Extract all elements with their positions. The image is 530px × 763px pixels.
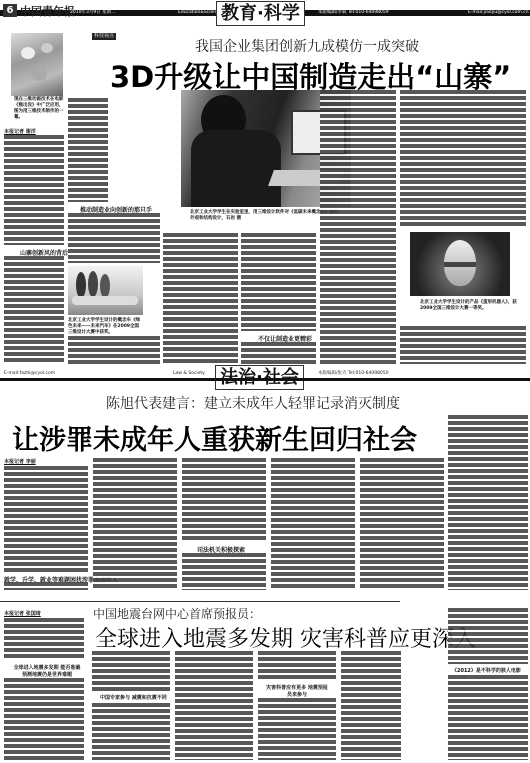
article3-section-head-3: 灾害科普应有更多 地震预报员来参与 (264, 684, 330, 698)
article2-subhead: 陈旭代表建言：建立未成年人轻罪记录消灭制度 (106, 393, 400, 413)
article1-column-2b (68, 213, 160, 263)
article2-column-1a (4, 466, 88, 574)
article1-column-5 (320, 90, 396, 364)
article1-column-2a (68, 98, 108, 202)
article1-subhead: 我国企业集团创新九成模仿一成突破 (195, 36, 419, 56)
law-section-en-label: Law & Society (173, 372, 205, 376)
article2-column-3a (182, 458, 266, 542)
article2-byline: 本报记者 李丽 (4, 458, 36, 465)
article1-column-6a (400, 90, 526, 226)
law-section-email: E-mail:fazhi@cyol.com (4, 372, 55, 376)
photo-concept-car (68, 266, 143, 315)
law-section-rule (0, 378, 530, 381)
article3-column-5 (341, 651, 401, 760)
section-title-education: 教育·科学 (216, 1, 305, 26)
photo-egg-robot (410, 232, 510, 296)
article1-column-2c (68, 336, 160, 364)
article2-headline: 让涉罪未成年人重获新生回归社会 (12, 418, 417, 457)
law-editor-info: 本版编辑/张卉 Tel:010-64098050 (318, 372, 389, 376)
article-divider (0, 601, 400, 602)
page-number: 6 (3, 4, 17, 17)
contact-email: E-mail:jiaoyu@cyol.com.cn (468, 11, 529, 15)
article3-section-head-4: 《2012》是不科学的骇人电影 (452, 667, 521, 674)
section-en-label: Education&Science (178, 11, 221, 15)
article3-column-4b (258, 698, 336, 760)
masthead-logo: 中国青年报 (20, 3, 75, 19)
article3-column-3 (175, 651, 253, 760)
editor-info: 本版编辑/李斌 Tel:010-64098059 (318, 11, 389, 15)
article1-column-1a (4, 135, 64, 245)
article1-column-4b (241, 342, 316, 364)
article3-column-1b (4, 678, 84, 760)
article2-column-2 (93, 458, 177, 590)
article3-column-6b (448, 675, 528, 760)
caption-egg-robot: 北京工业大学学生设计的产品《蛋形机器人》，获2009全国三维设计大赛一等奖。 (420, 300, 520, 312)
article3-subhead: 中国地震台网中心首席预报员： (93, 605, 261, 622)
article2-column-4 (271, 458, 355, 590)
article2-column-6 (448, 415, 528, 590)
article2-column-3b (182, 553, 266, 590)
article3-byline: 本报记者 张国琦 (4, 610, 41, 617)
article3-column-2a (92, 651, 170, 691)
article3-section-head-2: 中国专家参与 减震和抗震不同 (100, 694, 167, 701)
article3-column-4a (258, 651, 336, 681)
article1-column-3 (163, 233, 238, 364)
article3-section-head-1: 全球进入地震多发期 能否准确预测地震仍是世界难题 (12, 664, 82, 678)
article2-column-1b (4, 582, 88, 590)
article1-byline: 本报记者 谢洋 (4, 128, 36, 135)
caption-main-photo: 北京工业大学学生在实验室里，用三维设计软件对《低碳未来概念车》进行外观和结构设计… (190, 210, 340, 222)
article3-headline: 全球进入地震多发期 灾害科普应更深入 (95, 622, 476, 653)
article3-column-1a (4, 618, 84, 660)
article1-column-6b (400, 326, 526, 364)
caption-cartoon-photo: 现在三维动画技术在电影《熊出没》中广泛应用，图为用三维技术制作的一幕。 (14, 97, 64, 121)
caption-concept-car: 北京工业大学学生设计的概念车《绿色未来——未来汽车》在2009全国三维设计大赛中… (68, 318, 143, 336)
article1-column-1b (4, 256, 64, 364)
issue-date: 2010年3月9日 星期二 (70, 11, 116, 15)
article3-column-6a (448, 608, 528, 664)
article-tag: 科技视点 (92, 33, 116, 40)
photo-cartoon-animation (11, 33, 63, 96)
article2-column-5 (360, 458, 444, 590)
article1-column-4a (241, 233, 316, 331)
article3-column-2b (92, 703, 170, 760)
